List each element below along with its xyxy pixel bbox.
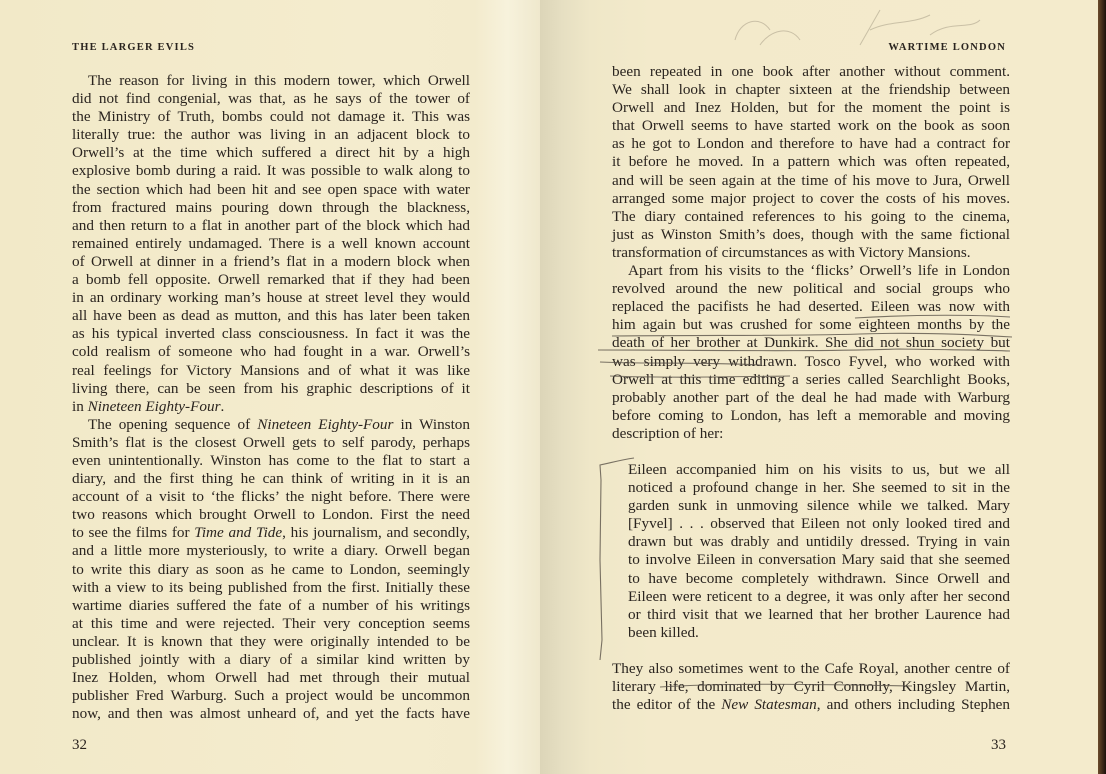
text-line: published jointly with a diary of a simi… — [72, 651, 470, 669]
text-line: literary life, dominated by Cyril Connol… — [612, 678, 1010, 696]
text-line: at this time and were rejected. Their ve… — [72, 615, 470, 633]
block-quote: Eileen accompanied him on his visits to … — [628, 461, 1010, 642]
text-line: Orwell at this time editing a series cal… — [612, 371, 1010, 389]
book-cover-edge — [1098, 0, 1106, 774]
quote-line: noticed a profound change in her. She se… — [628, 479, 1010, 497]
text-line: account of a visit to ‘the flicks’ the n… — [72, 488, 470, 506]
text-line: and then return to a flat in another par… — [72, 217, 470, 235]
quote-line: [Fyvel] . . . observed that Eileen not o… — [628, 515, 1010, 533]
text-line: replaced the pacifists he had deserted. … — [612, 298, 1010, 316]
running-head-left: THE LARGER EVILS — [72, 42, 195, 53]
paragraph-1: The reason for living in this modern tow… — [72, 72, 470, 416]
paragraph-fyvel-intro: Apart from his visits to the ‘flicks’ Or… — [612, 262, 1010, 443]
page-number-right: 33 — [991, 737, 1006, 754]
quote-line: Eileen were reticent to a degree, it was… — [628, 588, 1010, 606]
publication-italic: Time and Tide — [194, 524, 282, 541]
text-line: even unintentionally. Winston has come t… — [72, 452, 470, 470]
text-line: transformation of circumstances as with … — [612, 244, 1010, 262]
text-line: the Ministry of Truth, bombs could not d… — [72, 108, 470, 126]
book-title-italic: Nineteen Eighty-Four — [257, 416, 393, 433]
text-line: all have been as dead as mutton, and thi… — [72, 307, 470, 325]
text-line: in Nineteen Eighty-Four. — [72, 398, 470, 416]
quote-line: been killed. — [628, 624, 1010, 642]
text-run: , and others including Stephen — [817, 696, 1010, 713]
text-line: as his typical inverted class consciousn… — [72, 325, 470, 343]
text-line: real feelings for Victory Mansions and o… — [72, 362, 470, 380]
text-line: They also sometimes went to the Cafe Roy… — [612, 660, 1010, 678]
text-line: in an ordinary working man’s house at st… — [72, 289, 470, 307]
paragraph-2: The opening sequence of Nineteen Eighty-… — [72, 416, 470, 724]
text-line: and will be seen again at the time of hi… — [612, 172, 1010, 190]
text-line: publisher Fred Warburg. Such a project w… — [72, 687, 470, 705]
text-line: revolved around the new political and so… — [612, 280, 1010, 298]
book-spread: THE LARGER EVILS The reason for living i… — [0, 0, 1106, 774]
text-line: the section which had been hit and see o… — [72, 181, 470, 199]
text-line: just as Winston Smith’s does, though wit… — [612, 226, 1010, 244]
text-line: of Orwell at dinner in a friend’s flat i… — [72, 253, 470, 271]
text-line: with a view to its being published from … — [72, 579, 470, 597]
text-line: Orwell and Inez Holden, but for the mome… — [612, 99, 1010, 117]
paragraph-cafe-royal: They also sometimes went to the Cafe Roy… — [612, 660, 1010, 714]
text-line: from fractured mains pouring down throug… — [72, 199, 470, 217]
text-run: , his journalism, and secondly, — [282, 524, 470, 541]
text-run: . — [220, 398, 224, 415]
text-run: to see the films for — [72, 524, 194, 541]
text-line: Smith’s flat is the closest Orwell gets … — [72, 434, 470, 452]
text-line: the editor of the New Statesman, and oth… — [612, 696, 1010, 714]
page-number-left: 32 — [72, 737, 87, 754]
text-line: cold realism of someone who had fought i… — [72, 343, 470, 361]
text-line: unclear. It is known that they were orig… — [72, 633, 470, 651]
running-head-right: WARTIME LONDON — [888, 42, 1006, 53]
text-line: two reasons which brought Orwell to Lond… — [72, 506, 470, 524]
text-line: to see the films for Time and Tide, his … — [72, 524, 470, 542]
paragraph-continued: been repeated in one book after another … — [612, 63, 1010, 262]
text-line: was simply very withdrawn. Tosco Fyvel, … — [612, 353, 1010, 371]
text-line: living there, can be seen from his graph… — [72, 380, 470, 398]
quote-line: to involve Eileen in conversation Mary s… — [628, 551, 1010, 569]
text-line: wartime diaries suffered the fate of a n… — [72, 597, 470, 615]
text-line: did not find congenial, was that, as he … — [72, 90, 470, 108]
text-run: in — [72, 398, 88, 415]
text-line: diary, and the first thing he can think … — [72, 470, 470, 488]
text-line: We shall look in chapter sixteen at the … — [612, 81, 1010, 99]
text-run: in Winston — [393, 416, 470, 433]
text-line: to write this diary as soon as he came t… — [72, 561, 470, 579]
text-line: and a little more mysteriously, to write… — [72, 542, 470, 560]
text-line: The reason for living in this modern tow… — [72, 72, 470, 90]
text-line: him again but was crushed for some eight… — [612, 316, 1010, 334]
text-line: description of her: — [612, 425, 1010, 443]
quote-line: or third visit that we learned that her … — [628, 606, 1010, 624]
text-line: explosive bomb during a raid. It was pos… — [72, 162, 470, 180]
text-line: that Orwell seems to have started work o… — [612, 117, 1010, 135]
text-line: arranged some major project to cover the… — [612, 190, 1010, 208]
text-line: Orwell’s at the time which suffered a di… — [72, 144, 470, 162]
text-line: probably another part of the deal he had… — [612, 389, 1010, 407]
quote-line: Eileen accompanied him on his visits to … — [628, 461, 1010, 479]
right-page: WARTIME LONDON been repeated in one book… — [540, 0, 1098, 774]
text-line: now, and then was almost unheard of, and… — [72, 705, 470, 723]
left-page-body: The reason for living in this modern tow… — [72, 72, 470, 723]
text-line: been repeated in one book after another … — [612, 63, 1010, 81]
book-title-italic: Nineteen Eighty-Four — [88, 398, 221, 415]
text-line: as he got to London and therefore to hav… — [612, 135, 1010, 153]
text-line: The opening sequence of Nineteen Eighty-… — [72, 416, 470, 434]
text-line: it before he moved. In a pattern which w… — [612, 153, 1010, 171]
text-line: literally true: the author was living in… — [72, 126, 470, 144]
text-line: before coming to London, has left a memo… — [612, 407, 1010, 425]
text-line: death of her brother at Dunkirk. She did… — [612, 334, 1010, 352]
quote-line: drawn but was drably and untidily dresse… — [628, 533, 1010, 551]
quote-line: garden sunk in unmoving silence while we… — [628, 497, 1010, 515]
text-line: Inez Holden, whom Orwell had met through… — [72, 669, 470, 687]
text-line: The diary contained references to his go… — [612, 208, 1010, 226]
right-page-body: been repeated in one book after another … — [612, 63, 1010, 714]
text-line: a bomb fell opposite. Orwell remarked th… — [72, 271, 470, 289]
left-page: THE LARGER EVILS The reason for living i… — [0, 0, 540, 774]
text-line: remained entirely undamaged. There is a … — [72, 235, 470, 253]
text-run: the editor of the — [612, 696, 721, 713]
quote-line: to have become completely withdrawn. Sin… — [628, 570, 1010, 588]
text-run: The opening sequence of — [88, 416, 257, 433]
publication-italic: New Statesman — [721, 696, 816, 713]
text-line: Apart from his visits to the ‘flicks’ Or… — [612, 262, 1010, 280]
